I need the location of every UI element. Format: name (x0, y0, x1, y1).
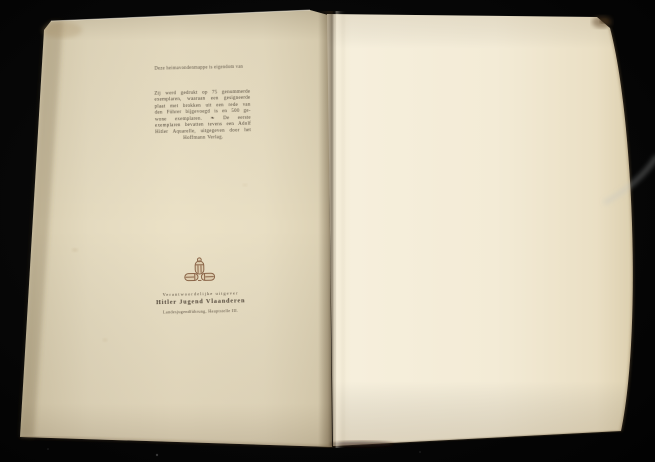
dust-speck (419, 451, 421, 453)
foxing-spot (103, 338, 108, 342)
left-page-corner-foxing (42, 22, 82, 38)
photo-stage: Deze heimavondenmappe is eigendom van Zi… (0, 0, 655, 462)
foxing-spot (72, 248, 78, 252)
gutter-shadow (318, 11, 346, 448)
dust-speck (156, 454, 158, 456)
open-book-photo (0, 0, 655, 462)
dust-speck (47, 448, 49, 450)
right-page-shading (327, 14, 633, 446)
foxing-spot (243, 183, 248, 186)
right-page-singed-corner-core (600, 19, 608, 24)
left-page-shading (20, 10, 332, 447)
